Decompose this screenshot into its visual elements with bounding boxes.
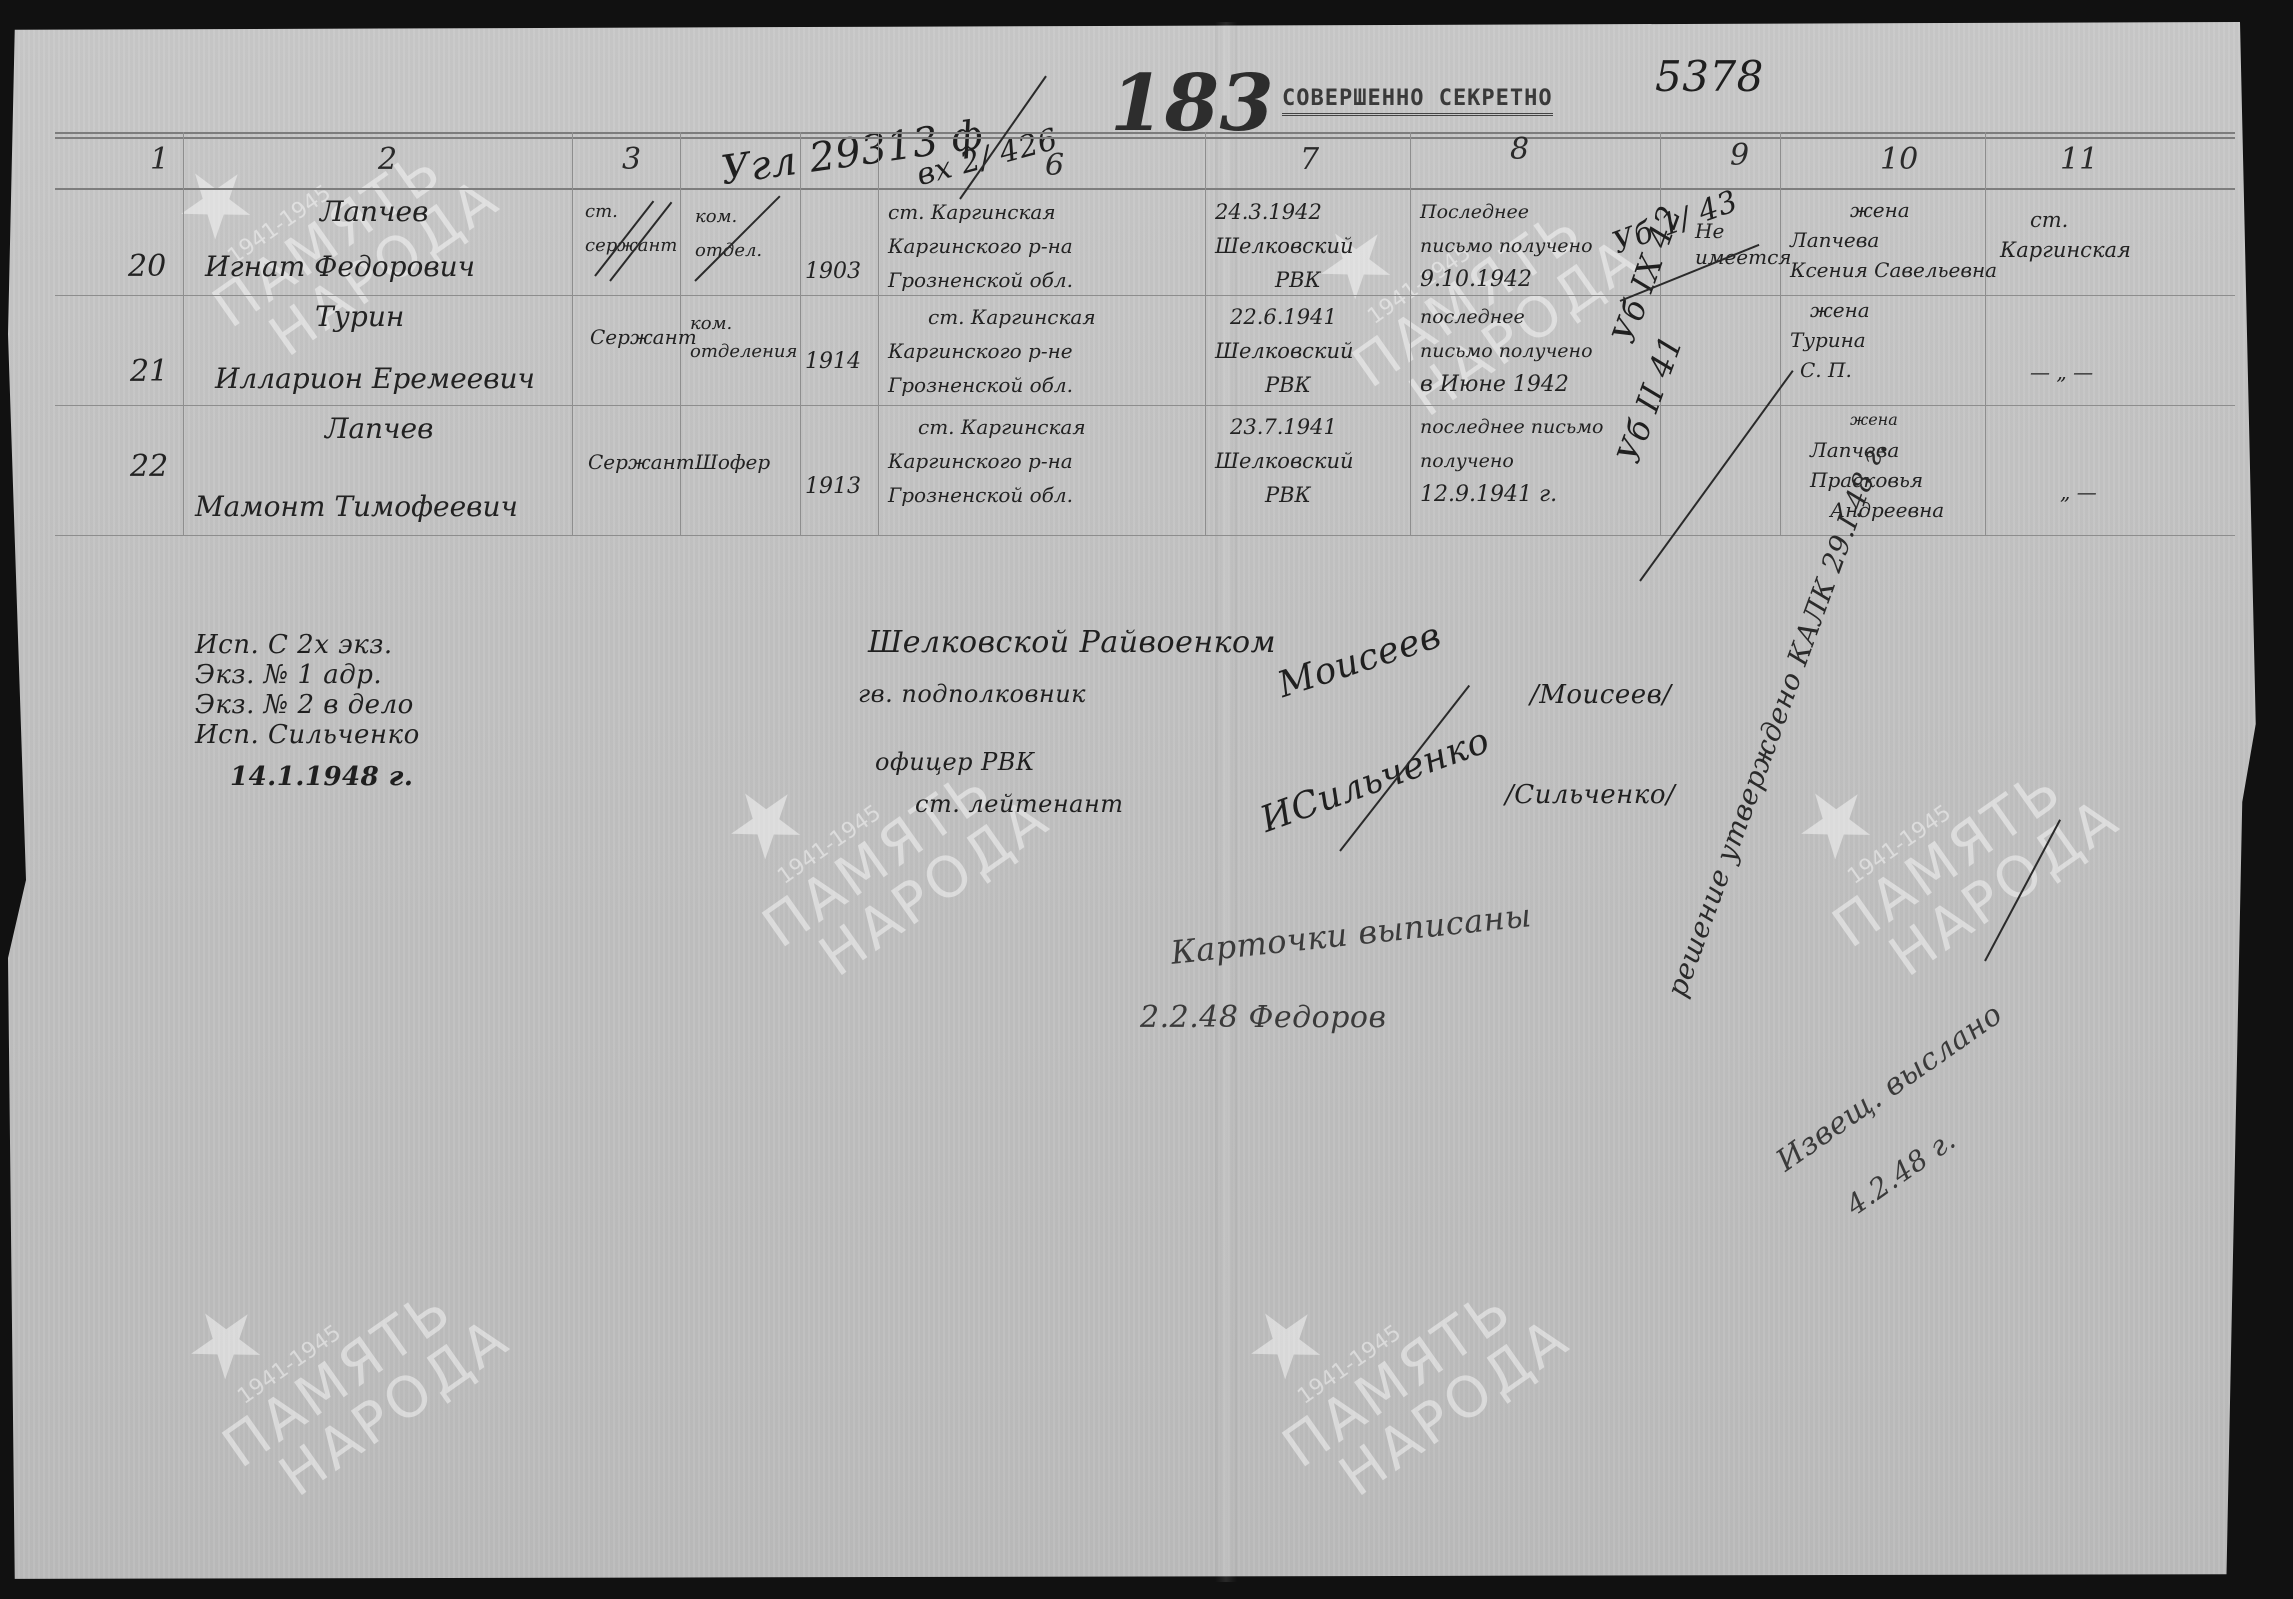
address: — „ — xyxy=(2030,355,2093,389)
row-number: 21 xyxy=(130,355,168,389)
last-letter: последнееписьмо полученов Июне 1942 xyxy=(1420,300,1593,402)
given-name: Игнат Федорович xyxy=(205,250,475,284)
surname: Лапчев xyxy=(320,195,428,229)
officer-rank: ст. лейтенант xyxy=(915,790,1124,818)
column-number: 1 xyxy=(150,142,169,177)
officer-title: офицер РВК xyxy=(875,748,1035,776)
birth-year: 1914 xyxy=(805,345,861,379)
rank: Сержант xyxy=(590,320,697,354)
birth-year: 1913 xyxy=(805,470,861,504)
birthplace: ст. КаргинскаяКаргинского р-неГрозненско… xyxy=(888,300,1096,402)
column-divider xyxy=(1205,132,1206,535)
officer-name: /Сильченко/ xyxy=(1505,780,1675,810)
draft-info: 23.7.1941ШелковскийРВК xyxy=(1215,410,1354,512)
table-top-border xyxy=(55,137,2235,139)
archive-number: 5378 xyxy=(1655,52,1764,101)
column-divider xyxy=(572,132,573,535)
rank: Сержант xyxy=(588,445,695,479)
row-divider xyxy=(55,535,2235,536)
signatory-rank: гв. подполковник xyxy=(858,680,1086,708)
surname: Турин xyxy=(315,300,404,334)
surname: Лапчев xyxy=(325,412,433,446)
secrecy-stamp: СОВЕРШЕННО СЕКРЕТНО xyxy=(1282,86,1553,116)
sheet-number: 183 xyxy=(1110,58,1274,149)
column-divider xyxy=(878,132,879,535)
column-divider xyxy=(183,132,184,535)
signatory-name: /Моисеев/ xyxy=(1530,680,1672,710)
column-number: 2 xyxy=(378,142,397,177)
cards-issued-date: 2.2.48 Федоров xyxy=(1140,1000,1386,1035)
given-name: Илларион Еремеевич xyxy=(215,362,535,396)
column-number: 8 xyxy=(1510,132,1529,167)
relative: женаЛапчеваКсения Савельевна xyxy=(1790,195,1997,285)
header-divider xyxy=(55,188,2235,190)
column-divider xyxy=(800,132,801,535)
address: „ — xyxy=(2060,475,2097,509)
birthplace: ст. КаргинскаяКаргинского р-наГрозненско… xyxy=(888,410,1086,512)
row-divider xyxy=(55,295,2235,296)
column-divider xyxy=(1780,132,1781,535)
draft-info: 24.3.1942ШелковскийРВК xyxy=(1215,195,1354,297)
row-number: 22 xyxy=(130,450,168,484)
signatory-title: Шелковской Райвоенком xyxy=(868,625,1276,660)
column-number: 7 xyxy=(1300,142,1319,177)
address: ст.Каргинская xyxy=(2000,205,2131,265)
column-number: 10 xyxy=(1880,142,1918,177)
draft-info: 22.6.1941ШелковскийРВК xyxy=(1215,300,1354,402)
relative: женаТуринаС. П. xyxy=(1790,295,1870,385)
position: Шофер xyxy=(695,445,770,479)
last-letter: Последнееписьмо получено9.10.1942 xyxy=(1420,195,1593,297)
execution-notes: Исп. С 2х экз. Экз. № 1 адр. Экз. № 2 в … xyxy=(195,630,420,792)
birthplace: ст. КаргинскаяКаргинского р-наГрозненско… xyxy=(888,195,1073,297)
position: ком. отделения xyxy=(690,310,795,366)
column-number: 3 xyxy=(622,142,641,177)
column-divider xyxy=(1985,132,1986,535)
birth-year: 1903 xyxy=(805,255,861,289)
table-top-border xyxy=(55,132,2235,134)
column-divider xyxy=(1410,132,1411,535)
column-number: 6 xyxy=(1045,148,1064,183)
column-number: 11 xyxy=(2060,142,2098,177)
position: ком. отдел. xyxy=(695,200,795,268)
given-name: Мамонт Тимофеевич xyxy=(195,490,518,524)
last-letter: последнее письмополучено12.9.1941 г. xyxy=(1420,410,1603,512)
column-number: 9 xyxy=(1730,138,1749,173)
row-number: 20 xyxy=(128,250,166,284)
